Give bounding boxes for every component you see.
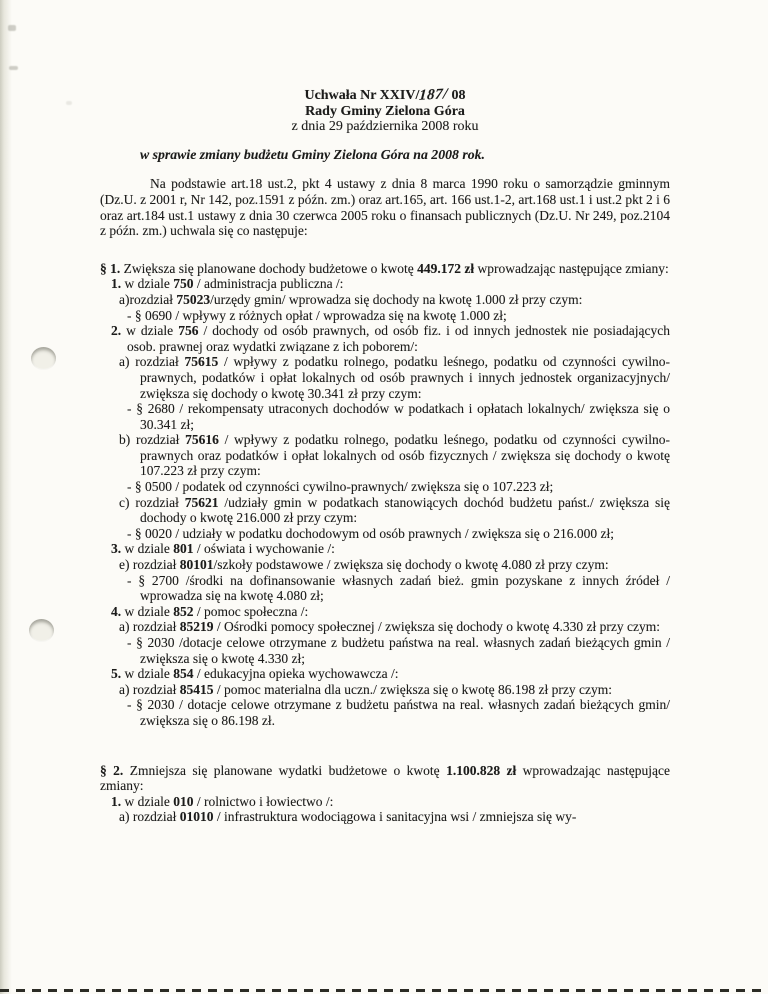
body-text: c) rozdział [119,495,185,510]
doc-line: - § 2030 / dotacje celowe otrzymane z bu… [140,697,670,728]
body-text: a)rozdział [119,292,176,307]
handwritten-number: 187/ [419,87,449,104]
doc-line: § 1. Zwiększa się planowane dochody budż… [100,261,670,277]
sections-container: § 1. Zwiększa się planowane dochody budż… [100,261,670,825]
body-text: wprowadzając następujące zmiany: [474,261,669,276]
emphasis-text: 449.172 zł [417,261,474,276]
emphasis-text: 75023 [176,292,210,307]
body-text: b) rozdział [119,432,185,447]
doc-line: - § 2700 /środki na dofinansowanie własn… [140,573,670,604]
section-par-1: § 1. Zwiększa się planowane dochody budż… [100,261,670,729]
doc-line: 5. w dziale 854 / edukacyjna opieka wych… [127,666,670,682]
doc-line: a) rozdział 85219 / Ośrodki pomocy społe… [140,619,670,635]
emphasis-text: 85415 [180,682,214,697]
doc-line: - § 2680 / rekompensaty utraconych docho… [140,401,670,432]
emphasis-text: 1.100.828 zł [446,763,516,778]
doc-line: a) rozdział 01010 / infrastruktura wodoc… [140,809,670,825]
body-text: Zwiększa się planowane dochody budżetowe… [120,261,417,276]
doc-line: 2. w dziale 756 / dochody od osób prawny… [127,323,670,354]
body-text: a) rozdział [119,809,180,824]
resolution-number-suffix: 08 [448,88,466,103]
doc-line: a) rozdział 85415 / pomoc materialna dla… [140,682,670,698]
body-text: a) rozdział [119,354,184,369]
emphasis-text: 75621 [185,495,219,510]
doc-line: § 2. Zmniejsza się planowane wydatki bud… [100,763,670,794]
doc-line: b) rozdział 75616 / wpływy z podatku rol… [140,432,670,479]
body-text: - § 2680 / rekompensaty utraconych docho… [127,401,670,432]
emphasis-text: 852 [173,604,193,619]
body-text: a) rozdział [119,682,180,697]
subject-line: w sprawie zmiany budżetu Gminy Zielona G… [140,147,670,163]
body-text: / wpływy z podatku rolnego, podatku leśn… [140,354,670,400]
doc-line: - § 0500 / podatek od czynności cywilno-… [140,479,670,495]
emphasis-text: 750 [173,276,193,291]
body-text: - § 0020 / udziały w podatku dochodowym … [127,526,614,541]
body-text: w dziale [121,276,173,291]
emphasis-text: 80101 [180,557,214,572]
body-text: w dziale [121,541,173,556]
scan-artifact [9,66,18,70]
body-text: / pomoc społeczna /: [193,604,308,619]
body-text: a) rozdział [119,619,180,634]
section-par-2: § 2. Zmniejsza się planowane wydatki bud… [100,763,670,825]
emphasis-text: § 2. [100,763,123,778]
body-text: / wpływy z podatku rolnego, podatku leśn… [140,432,670,478]
body-text: / rolnictwo i łowiectwo /: [193,794,333,809]
body-text: - § 0500 / podatek od czynności cywilno-… [127,479,553,494]
emphasis-text: 756 [178,323,198,338]
doc-line: 4. w dziale 852 / pomoc społeczna /: [127,604,670,620]
scan-artifact [8,25,16,31]
resolution-number-prefix: Uchwała Nr XXIV/ [304,88,419,103]
body-text: Zmniejsza się planowane wydatki budżetow… [123,763,446,778]
doc-line: e) rozdział 80101/szkoły podstawowe / zw… [140,557,670,573]
body-text: /urzędy gmin/ wprowadza się dochody na k… [210,292,582,307]
doc-line: 3. w dziale 801 / oświata i wychowanie /… [127,541,670,557]
body-text: / dochody od osób prawnych, od osób fiz.… [127,323,670,354]
emphasis-text: 85219 [180,619,214,634]
doc-line: - § 0020 / udziały w podatku dochodowym … [140,526,670,542]
document-content: Uchwała Nr XXIV/187/ 08 Rady Gminy Zielo… [100,88,670,825]
resolution-number: Uchwała Nr XXIV/187/ 08 [100,88,670,104]
doc-line: 1. w dziale 010 / rolnictwo i łowiectwo … [127,794,670,810]
emphasis-text: 010 [173,794,193,809]
doc-line: c) rozdział 75621 /udziały gmin w podatk… [140,495,670,526]
body-text: / oświata i wychowanie /: [193,541,334,556]
body-text: - § 2030 / dotacje celowe otrzymane z bu… [127,697,670,728]
body-text: / edukacyjna opieka wychowawcza /: [193,666,398,681]
body-text: w dziale [121,666,173,681]
legal-basis-paragraph: Na podstawie art.18 ust.2, pkt 4 ustawy … [100,176,670,238]
emphasis-text: 75615 [184,354,218,369]
doc-line: a) rozdział 75615 / wpływy z podatku rol… [140,354,670,401]
emphasis-text: 01010 [180,809,214,824]
emphasis-text: 4. [111,604,121,619]
body-text: / Ośrodki pomocy społecznej / zwiększa s… [213,619,660,634]
body-text: /szkoły podstawowe / zwiększa się dochod… [213,557,608,572]
title-block: Uchwała Nr XXIV/187/ 08 Rady Gminy Zielo… [100,88,670,135]
perforation-line [0,989,768,992]
emphasis-text: 5. [111,666,121,681]
scan-artifact [66,101,72,105]
hole-punch-bottom [29,619,54,642]
emphasis-text: § 1. [100,261,120,276]
body-text: / infrastruktura wodociągowa i sanitacyj… [213,809,576,824]
doc-line: - § 2030 /dotacje celowe otrzymane z bud… [140,635,670,666]
body-text: - § 2700 /środki na dofinansowanie własn… [127,573,670,604]
emphasis-text: 75616 [185,432,219,447]
body-text: w dziale [121,604,173,619]
emphasis-text: 2. [111,323,121,338]
body-text: w dziale [121,323,178,338]
body-text: - § 2030 /dotacje celowe otrzymane z bud… [127,635,670,666]
body-text: w dziale [121,794,173,809]
council-name: Rady Gminy Zielona Góra [100,104,670,120]
doc-line: - § 0690 / wpływy z różnych opłat / wpro… [140,308,670,324]
emphasis-text: 801 [173,541,193,556]
emphasis-text: 1. [111,794,121,809]
body-text: / pomoc materialna dla uczn./ zwiększa s… [213,682,612,697]
scan-edge [0,0,12,994]
hole-punch-top [31,347,56,370]
body-text: / administracja publiczna /: [193,276,343,291]
body-text: - § 0690 / wpływy z różnych opłat / wpro… [127,308,507,323]
emphasis-text: 854 [173,666,193,681]
emphasis-text: 3. [111,541,121,556]
emphasis-text: 1. [111,276,121,291]
doc-line: 1. w dziale 750 / administracja publiczn… [127,276,670,292]
body-text: e) rozdział [119,557,180,572]
document-page: Uchwała Nr XXIV/187/ 08 Rady Gminy Zielo… [0,0,768,994]
resolution-date: z dnia 29 października 2008 roku [100,119,670,135]
doc-line: a)rozdział 75023/urzędy gmin/ wprowadza … [140,292,670,308]
body-text: /udziały gmin w podatkach stanowiących d… [140,495,670,526]
